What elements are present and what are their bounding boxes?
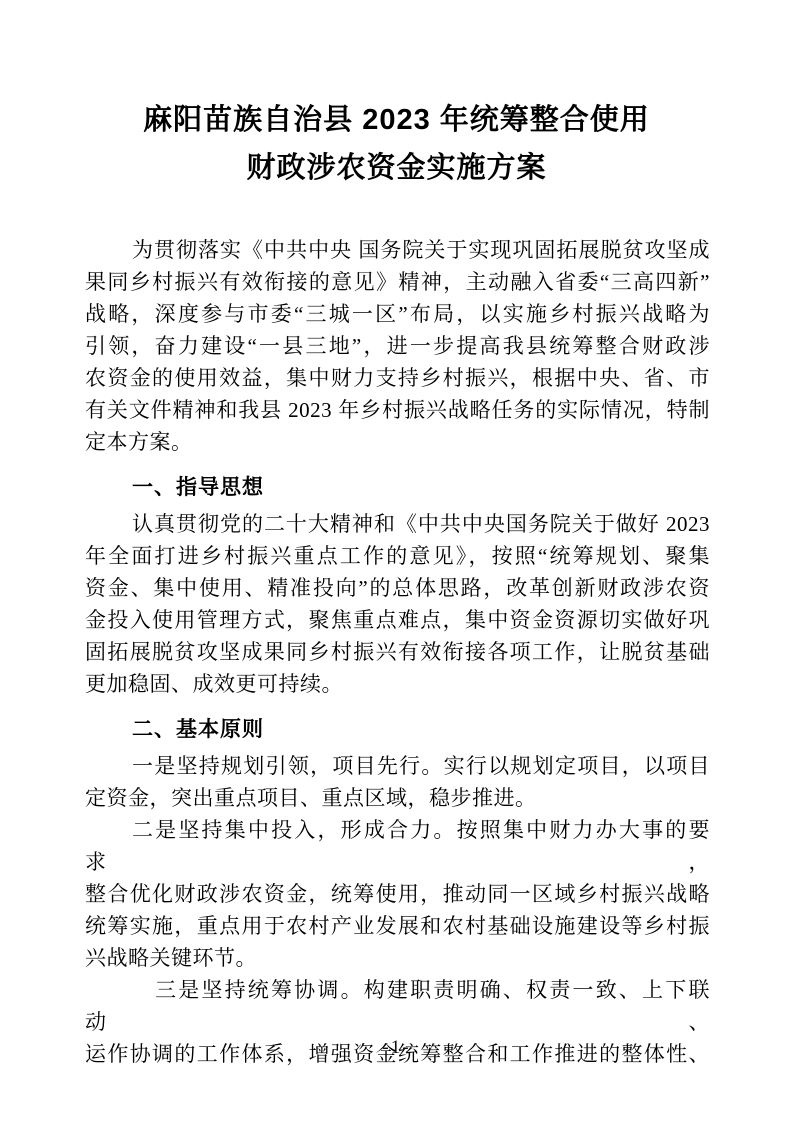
- text-line: 三是坚持统筹协调。构建职责明确、权责一致、上下联动、: [85, 974, 710, 1038]
- page-number: -1-: [0, 1036, 793, 1060]
- text-line: 固拓展脱贫攻坚成果同乡村振兴有效衔接各项工作，让脱贫基础: [85, 636, 710, 668]
- title-line-2: 财政涉农资金实施方案: [0, 144, 793, 192]
- text-line: 定资金，突出重点项目、重点区域，稳步推进。: [85, 782, 710, 814]
- text-line: 整合优化财政涉农资金，统筹使用，推动同一区域乡村振兴战略: [85, 878, 710, 910]
- text-line: 引领，奋力建设“一县三地”，进一步提高我县统筹整合财政涉: [85, 330, 710, 362]
- section-heading-2: 二、基本原则: [85, 714, 710, 746]
- text-line: 农资金的使用效益，集中财力支持乡村振兴，根据中央、省、市: [85, 362, 710, 394]
- text-line: 金投入使用管理方式，聚焦重点难点，集中资金资源切实做好巩: [85, 604, 710, 636]
- document-title: 麻阳苗族自治县 2023 年统筹整合使用 财政涉农资金实施方案: [0, 96, 793, 192]
- text-line: 认真贯彻党的二十大精神和《中共中央国务院关于做好 2023: [85, 508, 710, 540]
- document-body: 为贯彻落实《中共中央 国务院关于实现巩固拓展脱贫攻坚成 果同乡村振兴有效衔接的意…: [85, 234, 710, 1070]
- text-line: 为贯彻落实《中共中央 国务院关于实现巩固拓展脱贫攻坚成: [85, 234, 710, 266]
- text-line: 果同乡村振兴有效衔接的意见》精神，主动融入省委“三高四新”: [85, 266, 710, 298]
- section-heading-1: 一、指导思想: [85, 472, 710, 504]
- text-line: 一是坚持规划引领，项目先行。实行以规划定项目，以项目: [85, 750, 710, 782]
- text-line: 更加稳固、成效更可持续。: [85, 668, 710, 700]
- text-line: 有关文件精神和我县 2023 年乡村振兴战略任务的实际情况，特制: [85, 394, 710, 426]
- text-line: 定本方案。: [85, 426, 710, 458]
- text-line: 资金、集中使用、精准投向”的总体思路，改革创新财政涉农资: [85, 572, 710, 604]
- text-line: 年全面打进乡村振兴重点工作的意见》，按照“统筹规划、聚集: [85, 540, 710, 572]
- title-line-1: 麻阳苗族自治县 2023 年统筹整合使用: [0, 96, 793, 144]
- text-line: 二是坚持集中投入，形成合力。按照集中财力办大事的要求，: [85, 814, 710, 878]
- document-page: 麻阳苗族自治县 2023 年统筹整合使用 财政涉农资金实施方案 为贯彻落实《中共…: [0, 0, 793, 1122]
- text-line: 兴战略关键环节。: [85, 942, 710, 974]
- text-line: 战略，深度参与市委“三城一区”布局，以实施乡村振兴战略为: [85, 298, 710, 330]
- text-line: 统筹实施，重点用于农村产业发展和农村基础设施建设等乡村振: [85, 910, 710, 942]
